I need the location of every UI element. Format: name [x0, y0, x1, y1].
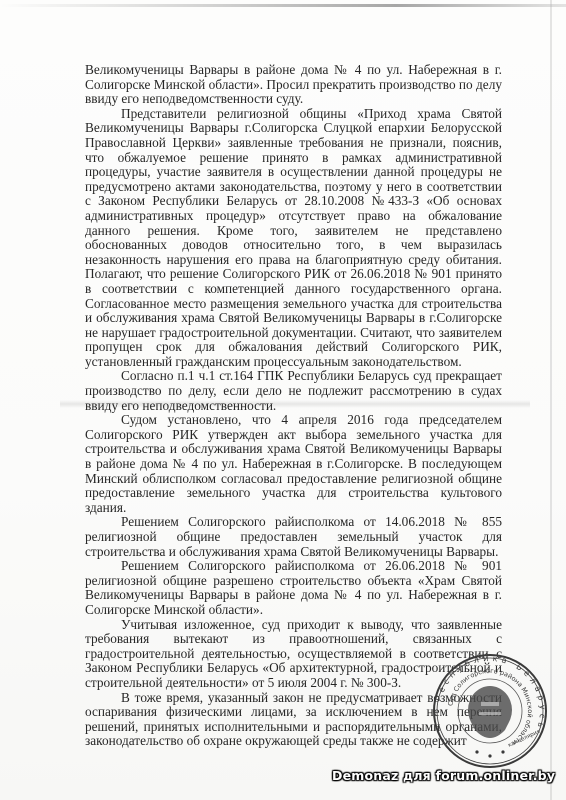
page-top-edge-shadow [0, 4, 566, 7]
seal-emblem-icon: Республика Беларусь Суд Солигорского рай… [431, 652, 549, 770]
paragraph-4: Судом установлено, что 4 апреля 2016 год… [85, 413, 502, 515]
paragraph-2: Представители религиозной общины «Приход… [85, 107, 502, 370]
scanned-page: Великомученицы Варвары в районе дома № 4… [0, 0, 566, 800]
paragraph-3: Согласно п.1 ч.1 ст.164 ГПК Республики Б… [85, 369, 502, 413]
paragraph-6: Решением Солигорского райисполкома от 26… [85, 559, 502, 617]
document-body: Великомученицы Варвары в районе дома № 4… [85, 63, 502, 749]
paragraph-1: Великомученицы Варвары в районе дома № 4… [85, 63, 502, 107]
forum-watermark: Demonaz для forum.onliner.by [332, 768, 555, 783]
svg-text:канцелярия: канцелярия [507, 729, 541, 749]
page-right-edge [550, 0, 552, 800]
court-seal-stamp: Республика Беларусь Суд Солигорского рай… [431, 652, 549, 770]
paragraph-5: Решением Солигорского райисполкома от 14… [85, 515, 502, 559]
